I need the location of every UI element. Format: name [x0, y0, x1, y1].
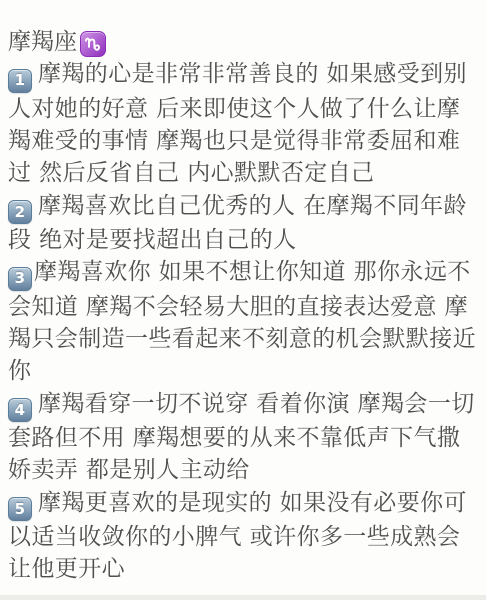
keycap-4-icon: 4 — [8, 398, 32, 422]
page-title: 摩羯座 — [8, 26, 479, 58]
point-text-3: 摩羯喜欢你 如果不想让你知道 那你永远不会知道 摩羯不会轻易大胆的直接表达爱意 … — [8, 259, 476, 384]
capricorn-sign-icon — [80, 31, 106, 57]
capricorn-post-image: 摩羯座 1摩羯的心是非常非常善良的 如果感受到别人对她的好意 后来即使这个人做了… — [0, 0, 486, 600]
keycap-5-icon: 5 — [8, 497, 32, 521]
point-text-5: 摩羯更喜欢的是现实的 如果没有必要你可以适当收敛你的小脾气 或许你多一些成熟会让… — [8, 490, 467, 583]
point-text-4: 摩羯看穿一切不说穿 看着你演 摩羯会一切套路但不用 摩羯想要的从来不靠低声下气撒… — [8, 391, 475, 484]
point-item-3: 3摩羯喜欢你 如果不想让你知道 那你永远不会知道 摩羯不会轻易大胆的直接表达爱意… — [8, 256, 479, 387]
point-text-1: 摩羯的心是非常非常善良的 如果感受到别人对她的好意 后来即使这个人做了什么让摩羯… — [8, 61, 467, 186]
point-item-5: 5摩羯更喜欢的是现实的 如果没有必要你可以适当收敛你的小脾气 或许你多一些成熟会… — [8, 487, 479, 586]
keycap-3-icon: 3 — [8, 267, 32, 291]
point-item-1: 1摩羯的心是非常非常善良的 如果感受到别人对她的好意 后来即使这个人做了什么让摩… — [8, 58, 479, 189]
point-text-2: 摩羯喜欢比自己优秀的人 在摩羯不同年龄段 绝对是要找超出自己的人 — [8, 193, 467, 253]
title-text: 摩羯座 — [8, 29, 77, 55]
image-bottom-edge — [0, 595, 486, 600]
keycap-2-icon: 2 — [8, 200, 32, 224]
points-list: 1摩羯的心是非常非常善良的 如果感受到别人对她的好意 后来即使这个人做了什么让摩… — [8, 58, 479, 585]
keycap-1-icon: 1 — [8, 69, 32, 93]
point-item-2: 2摩羯喜欢比自己优秀的人 在摩羯不同年龄段 绝对是要找超出自己的人 — [8, 190, 479, 257]
point-item-4: 4摩羯看穿一切不说穿 看着你演 摩羯会一切套路但不用 摩羯想要的从来不靠低声下气… — [8, 388, 479, 487]
